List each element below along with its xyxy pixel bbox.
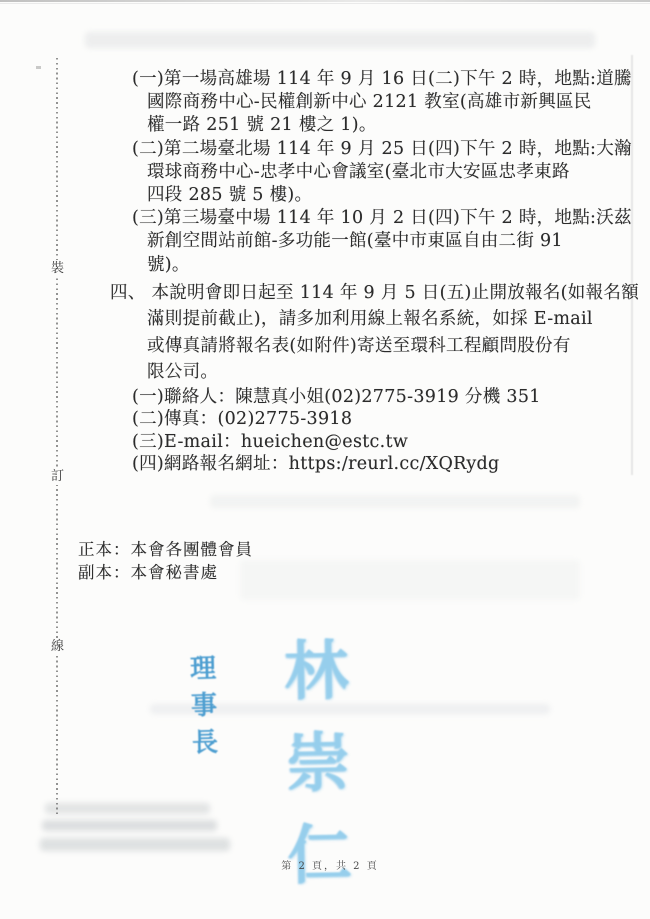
binding-mark-ding: 訂 (50, 468, 65, 485)
binding-mark-zhuang: 裝 (50, 260, 65, 277)
document-line: (三)第三場臺中場 114 年 10 月 2 日(四)下午 2 時，地點:沃茲 (110, 207, 610, 230)
document-line: 權一路 251 號 21 樓之 1)。 (110, 114, 610, 137)
document-line: 環球商務中心-忠孝中心會議室(臺北市大安區忠孝東路 (110, 161, 610, 184)
document-line: 四段 285 號 5 樓)。 (110, 184, 610, 207)
signature-title: 理事長 (190, 648, 228, 760)
scan-edge-shadow-top-2 (0, 3, 650, 4)
copy-recipient-original: 正本：本會各團體會員 (78, 539, 253, 562)
bleedthrough-smudge-bottom-2 (42, 820, 217, 831)
document-line: 或傳真請將報名表(如附件)寄送至環科工程顧問股份有 (110, 333, 610, 360)
scan-edge-shadow-top (0, 0, 650, 2)
document-line: (三)E-mail：hueichen@estc.tw (110, 431, 610, 454)
document-line: (二)傳真：(02)2775-3918 (110, 408, 610, 431)
document-line: 四、 本說明會即日起至 114 年 9 月 5 日(五)止開放報名(如報名額 (110, 280, 610, 307)
bleedthrough-smudge-middle-1 (210, 495, 580, 508)
signature-name-stamp: 林崇仁 (284, 619, 365, 896)
page-number: 第 2 頁，共 2 頁 (0, 857, 650, 872)
copy-recipient-cc: 副本：本會秘書處 (78, 562, 253, 585)
document-line: 限公司。 (110, 359, 610, 386)
binding-mark-xian: 線 (50, 638, 65, 655)
document-body: (一)第一場高雄場 114 年 9 月 16 日(二)下午 2 時，地點:道騰國… (110, 68, 610, 476)
document-line: (二)第二場臺北場 114 年 9 月 25 日(四)下午 2 時，地點:大瀚 (110, 138, 610, 161)
bleedthrough-smudge-bottom-3 (40, 838, 230, 851)
document-line: (一)聯絡人：陳慧真小姐(02)2775-3919 分機 351 (110, 386, 610, 409)
bleedthrough-smudge-bottom-1 (45, 803, 210, 814)
copies-block: 正本：本會各團體會員 副本：本會秘書處 (78, 539, 253, 584)
document-line: 新創空間站前館-多功能一館(臺中市東區自由二街 91 (110, 230, 610, 253)
scan-speck (36, 66, 41, 69)
document-line: (一)第一場高雄場 114 年 9 月 16 日(二)下午 2 時，地點:道騰 (110, 68, 610, 91)
document-line: 滿則提前截止)，請多加利用線上報名系統，如採 E-mail (110, 306, 610, 333)
scanned-page: 裝 訂 線 (一)第一場高雄場 114 年 9 月 16 日(二)下午 2 時，… (0, 0, 650, 919)
bleedthrough-smudge-middle-2 (240, 560, 580, 600)
document-line: 號)。 (110, 254, 610, 277)
bleedthrough-smudge-signature (150, 704, 550, 714)
document-line: 國際商務中心-民權創新中心 2121 教室(高雄市新興區民 (110, 91, 610, 114)
document-line: (四)網路報名網址：https:/reurl.cc/XQRydg (110, 453, 610, 476)
scan-edge-shadow-right (631, 55, 633, 475)
binding-dotted-line (56, 58, 58, 814)
bleedthrough-smudge-top (85, 32, 595, 48)
